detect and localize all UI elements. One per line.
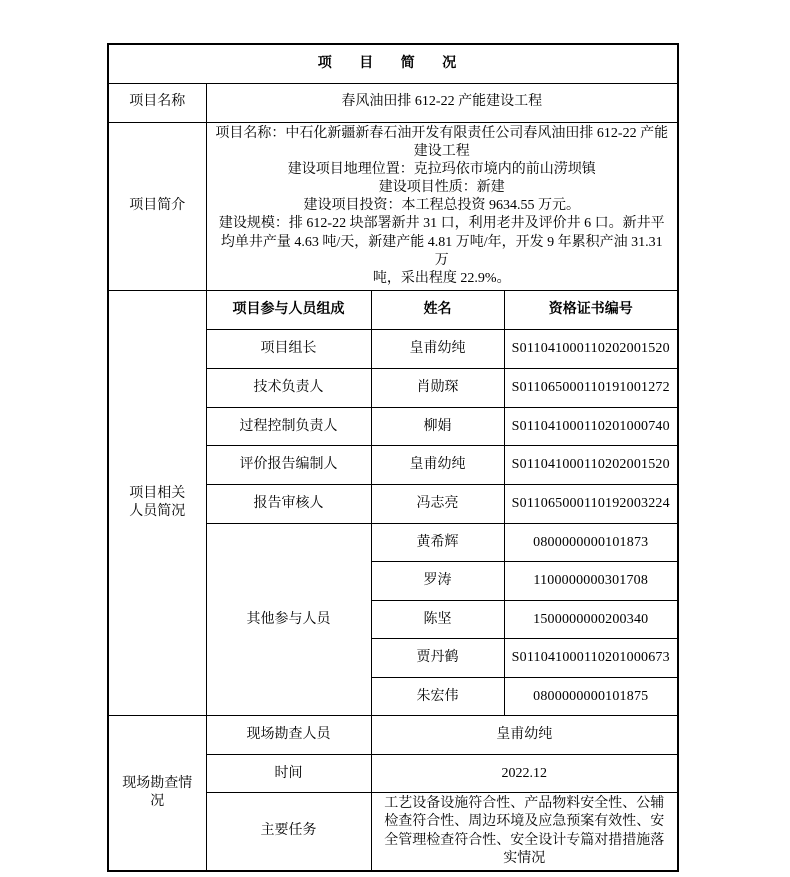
project-name-value: 春风油田排 612-22 产能建设工程 <box>206 83 678 122</box>
survey-surveyor-row: 现场勘查情 况 现场勘查人员 皇甫幼纯 <box>108 716 678 755</box>
tasks-label: 主要任务 <box>206 793 371 871</box>
personnel-name-header: 姓名 <box>371 291 504 330</box>
cert-cell: 0800000000101873 <box>504 524 678 562</box>
role-cell: 过程控制负责人 <box>206 408 371 446</box>
name-cell: 皇甫幼纯 <box>371 446 504 485</box>
name-cell: 冯志亮 <box>371 485 504 524</box>
cert-cell: S011041000110202001520 <box>504 330 678 369</box>
time-value: 2022.12 <box>371 755 678 793</box>
cert-cell: S011041000110201000673 <box>504 639 678 678</box>
surveyor-value: 皇甫幼纯 <box>371 716 678 755</box>
role-cell: 技术负责人 <box>206 369 371 408</box>
personnel-role-header: 项目参与人员组成 <box>206 291 371 330</box>
name-cell: 柳娟 <box>371 408 504 446</box>
name-cell: 肖勋琛 <box>371 369 504 408</box>
name-cell: 罗涛 <box>371 562 504 601</box>
personnel-section-label: 项目相关 人员简况 <box>108 291 206 716</box>
cert-cell: S011065000110191001272 <box>504 369 678 408</box>
cert-cell: 0800000000101875 <box>504 678 678 716</box>
name-cell: 陈坚 <box>371 601 504 639</box>
project-name-row: 项目名称 春风油田排 612-22 产能建设工程 <box>108 83 678 122</box>
personnel-cert-header: 资格证书编号 <box>504 291 678 330</box>
name-cell: 贾丹鹤 <box>371 639 504 678</box>
time-label: 时间 <box>206 755 371 793</box>
project-summary-table: 项 目 简 况 项目名称 春风油田排 612-22 产能建设工程 项目简介 项目… <box>107 43 679 872</box>
survey-section-label: 现场勘查情 况 <box>108 716 206 871</box>
document-page: 项 目 简 况 项目名称 春风油田排 612-22 产能建设工程 项目简介 项目… <box>0 0 790 877</box>
role-cell: 报告审核人 <box>206 485 371 524</box>
cert-cell: 1100000000301708 <box>504 562 678 601</box>
project-intro-label: 项目简介 <box>108 122 206 291</box>
role-cell: 评价报告编制人 <box>206 446 371 485</box>
page-title: 项 目 简 况 <box>108 44 678 83</box>
surveyor-label: 现场勘查人员 <box>206 716 371 755</box>
name-cell: 朱宏伟 <box>371 678 504 716</box>
name-cell: 黄希辉 <box>371 524 504 562</box>
role-cell: 项目组长 <box>206 330 371 369</box>
tasks-value: 工艺设备设施符合性、产品物料安全性、公辅 检查符合性、周边环境及应急预案有效性、… <box>371 793 678 871</box>
personnel-header-row: 项目相关 人员简况 项目参与人员组成 姓名 资格证书编号 <box>108 291 678 330</box>
cert-cell: S011041000110201000740 <box>504 408 678 446</box>
name-cell: 皇甫幼纯 <box>371 330 504 369</box>
others-label: 其他参与人员 <box>206 524 371 716</box>
title-row: 项 目 简 况 <box>108 44 678 83</box>
project-intro-text: 项目名称：中石化新疆新春石油开发有限责任公司春风油田排 612-22 产能 建设… <box>206 122 678 291</box>
cert-cell: 1500000000200340 <box>504 601 678 639</box>
cert-cell: S011041000110202001520 <box>504 446 678 485</box>
cert-cell: S011065000110192003224 <box>504 485 678 524</box>
project-intro-row: 项目简介 项目名称：中石化新疆新春石油开发有限责任公司春风油田排 612-22 … <box>108 122 678 291</box>
project-name-label: 项目名称 <box>108 83 206 122</box>
